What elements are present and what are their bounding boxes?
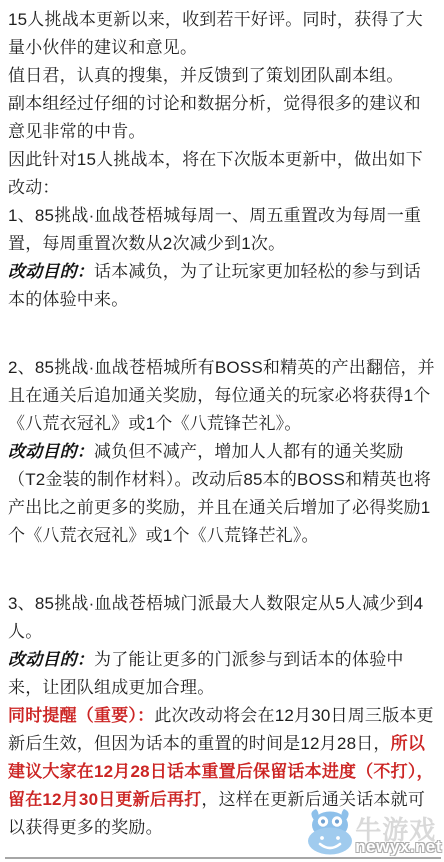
change-item-text: 3、85挑战·血战苍梧城门派最大人数限定从5人减少到4人。 (8, 590, 435, 646)
announcement-article: 15人挑战本更新以来，收到若干好评。同时，获得了大量小伙伴的建议和意见。 值日君… (0, 0, 444, 842)
change-purpose: 改动目的：为了能让更多的门派参与到话本的体验中来，让团队组成更加合理。 (8, 646, 435, 702)
purpose-label: 改动目的： (8, 442, 94, 461)
change-item-text: 1、85挑战·血战苍梧城每周一、周五重置改为每周一重置，每周重置次数从2次减少到… (8, 202, 435, 258)
site-watermark: 牛游戏 newyx.net (307, 808, 442, 855)
reminder-label: 同时提醒（重要）： (8, 706, 154, 725)
intro-paragraph-2: 值日君，认真的搜集，并反馈到了策划团队副本组。 (8, 62, 435, 90)
intro-paragraph-4: 因此针对15人挑战本，将在下次版本更新中，做出如下改动： (8, 146, 435, 202)
change-purpose: 改动目的：减负但不减产，增加人人都有的通关奖励（T2金装的制作材料）。改动后85… (8, 438, 435, 550)
change-section-2: 2、85挑战·血战苍梧城所有BOSS和精英的产出翻倍，并且在通关后追加通关奖励，… (8, 354, 435, 550)
change-section-1: 1、85挑战·血战苍梧城每周一、周五重置改为每周一重置，每周重置次数从2次减少到… (8, 202, 435, 314)
change-item-text: 2、85挑战·血战苍梧城所有BOSS和精英的产出翻倍，并且在通关后追加通关奖励，… (8, 354, 435, 438)
purpose-label: 改动目的： (8, 262, 94, 281)
intro-paragraph-3: 副本组经过仔细的讨论和数据分析，觉得很多的建议和意见非常的中肯。 (8, 90, 435, 146)
purpose-label: 改动目的： (8, 650, 94, 669)
cow-logo-icon (307, 808, 353, 855)
watermark-text: 牛游戏 newyx.net (355, 818, 442, 855)
watermark-site-url: newyx.net (355, 839, 442, 855)
change-section-3: 3、85挑战·血战苍梧城门派最大人数限定从5人减少到4人。 改动目的：为了能让更… (8, 590, 435, 702)
bottom-divider (5, 857, 441, 859)
intro-paragraph-1: 15人挑战本更新以来，收到若干好评。同时，获得了大量小伙伴的建议和意见。 (8, 6, 435, 62)
change-purpose: 改动目的：话本减负，为了让玩家更加轻松的参与到话本的体验中来。 (8, 258, 435, 314)
